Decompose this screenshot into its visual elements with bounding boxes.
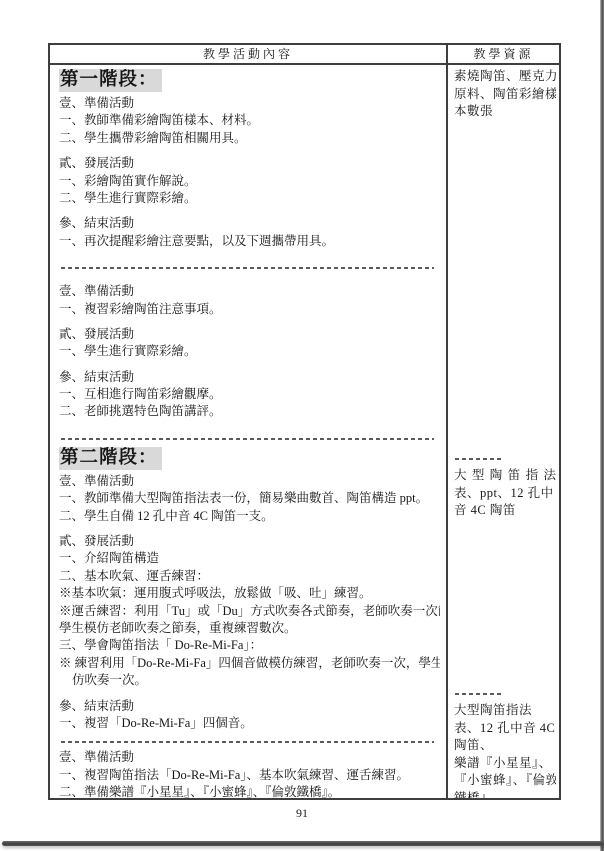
activity-line: 一、複習彩繪陶笛注意事項。 [59, 301, 440, 318]
activity-line: 一、複習「Do-Re-Mi-Fa」四個音。 [59, 715, 440, 732]
activity-line: 參、結束活動 [59, 369, 440, 386]
resource-line: 素燒陶笛、壓克力 [454, 68, 556, 86]
resource-line: 音 4C 陶笛 [454, 502, 556, 520]
resource-line: 『小蜜蜂』、『倫敦 [454, 772, 556, 790]
resource-line: 大型陶笛指法 [454, 702, 556, 720]
activity-line [59, 421, 440, 429]
activity-line: 貳、發展活動 [59, 326, 440, 343]
activity-line: 一、互相進行陶笛彩繪觀摩。 [59, 386, 440, 403]
activity-line: 二、學生自備 12 孔中音 4C 陶笛一支。 [59, 508, 440, 525]
activity-line: 壹、準備活動 [59, 473, 440, 490]
page-number: 91 [0, 806, 604, 821]
activities-column: 第一階段：壹、準備活動一、教師準備彩繪陶笛樣本、材料。二、學生攜帶彩繪陶笛相關用… [50, 65, 448, 798]
activity-line [59, 207, 440, 215]
activity-line [59, 250, 440, 258]
activity-line: 一、教師準備大型陶笛指法表一份，簡易樂曲數首、陶笛構造 ppt。 [59, 490, 440, 507]
resources-column: 素燒陶笛、壓克力原料、陶笛彩繪樣本數張 大型陶笛指法表、ppt、12 孔中音 4… [448, 65, 559, 798]
resource-line: 鐵橋』 [454, 790, 556, 799]
activity-line: 一、學生進行實際彩繪。 [59, 343, 440, 360]
resource-line: 本數張 [454, 103, 556, 121]
activity-line: ※基本吹氣：運用腹式呼吸法，放鬆做「吸、吐」練習。 [59, 585, 440, 602]
activity-line: ※運舌練習：利用「Tu」或「Du」方式吹奏各式節奏，老師吹奏一次節奏， [59, 603, 440, 620]
resource-line: 大型陶笛指法 [454, 467, 556, 485]
activity-line: 貳、發展活動 [59, 533, 440, 550]
activity-line: 二、學生攜帶彩繪陶笛相關用具。 [59, 130, 440, 147]
activity-line [59, 732, 440, 749]
resource-line: 表、12 孔中音 4C [454, 720, 556, 738]
activity-line: 二、準備樂譜『小星星』、『小蜜蜂』、『倫敦鐵橋』。 [59, 784, 440, 798]
activity-line [59, 525, 440, 533]
activity-line: 參、結束活動 [59, 698, 440, 715]
activity-line [59, 690, 440, 698]
header-activities: 教學活動內容 [50, 45, 448, 63]
activity-line: 壹、準備活動 [59, 283, 440, 300]
activity-line: 第一階段： [59, 69, 162, 92]
activity-line: 二、老師挑選特色陶笛講評。 [59, 403, 440, 420]
activity-line: 一、再次提醒彩繪注意要點，以及下週攜帶用具。 [59, 233, 440, 250]
scan-edge-right [600, 0, 604, 851]
activity-line [59, 275, 440, 283]
activity-line: 一、複習陶笛指法「Do-Re-Mi-Fa」、基本吹氣練習、運舌練習。 [59, 767, 440, 784]
resource-block-phase2: 大型陶笛指法表、ppt、12 孔中音 4C 陶笛 [454, 450, 556, 520]
activity-line: 二、基本吹氣、運舌練習： [59, 568, 440, 585]
activity-line: 參、結束活動 [59, 215, 440, 232]
activity-line: 三、學會陶笛指法「 Do-Re-Mi-Fa」： [59, 637, 440, 654]
resource-line: 陶笛、 [454, 737, 556, 755]
activity-line: 一、彩繪陶笛實作解說。 [59, 173, 440, 190]
scan-edge-bottom [2, 841, 604, 846]
dashed-divider [455, 693, 501, 695]
table-body-row: 第一階段：壹、準備活動一、教師準備彩繪陶笛樣本、材料。二、學生攜帶彩繪陶笛相關用… [50, 65, 559, 798]
activity-line: ※ 練習利用「Do-Re-Mi-Fa」四個音做模仿練習，老師吹奏一次，學生模 [59, 655, 440, 672]
activity-line: 仿吹奏一次。 [59, 672, 440, 689]
activity-line: 二、學生進行實際彩繪。 [59, 190, 440, 207]
activity-line [59, 429, 440, 446]
resource-block-phase1: 素燒陶笛、壓克力原料、陶笛彩繪樣本數張 [454, 68, 556, 121]
activity-line: 貳、發展活動 [59, 155, 440, 172]
activity-line: 壹、準備活動 [59, 749, 440, 766]
resource-line: 原料、陶笛彩繪樣 [454, 86, 556, 104]
activity-line: 一、介紹陶笛構造 [59, 550, 440, 567]
resource-line: 樂譜『小星星』、 [454, 755, 556, 773]
activity-line [59, 258, 440, 275]
table-header-row: 教學活動內容 教學資源 [50, 45, 559, 65]
activity-line [59, 318, 440, 326]
lesson-plan-table: 教學活動內容 教學資源 第一階段：壹、準備活動一、教師準備彩繪陶笛樣本、材料。二… [48, 43, 561, 800]
activity-line: 第二階段： [59, 447, 162, 470]
header-resources: 教學資源 [448, 45, 559, 63]
activity-line: 壹、準備活動 [59, 95, 440, 112]
resource-block-phase3: 大型陶笛指法表、12 孔中音 4C陶笛、樂譜『小星星』、『小蜜蜂』、『倫敦鐵橋』 [454, 685, 556, 798]
resource-line: 表、ppt、12 孔中 [454, 485, 556, 503]
activity-line: 學生模仿老師吹奏之節奏，重複練習數次。 [59, 620, 440, 637]
activity-line [59, 147, 440, 155]
dashed-divider [455, 458, 501, 460]
activity-line: 一、教師準備彩繪陶笛樣本、材料。 [59, 112, 440, 129]
activity-line [59, 361, 440, 369]
